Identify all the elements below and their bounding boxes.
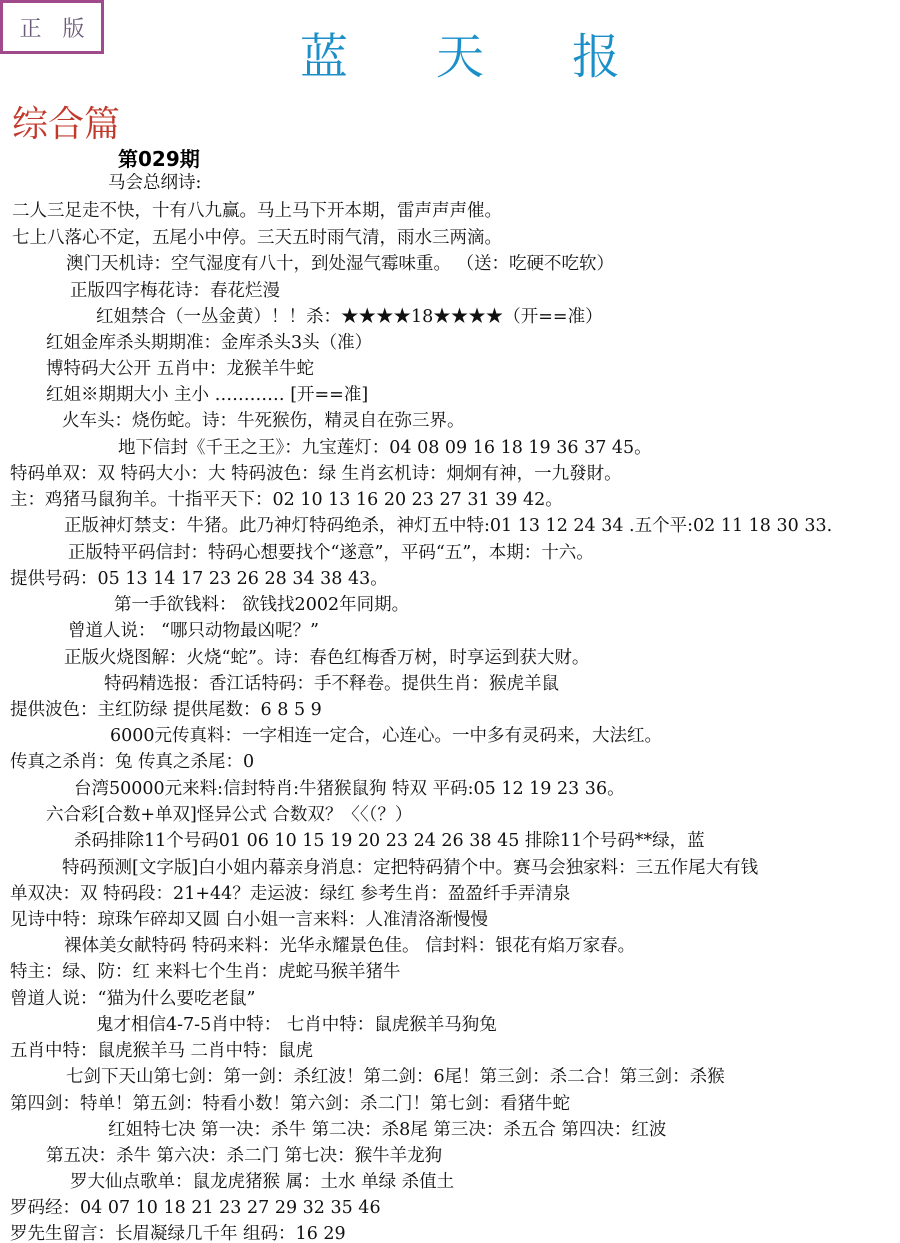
text-line: 特主：绿、防：红 来料七个生肖：虎蛇马猴羊猪牛 bbox=[10, 961, 401, 983]
text-line: 罗大仙点歌单：鼠龙虎猪猴 属：土水 单绿 杀值土 bbox=[70, 1171, 454, 1193]
text-line: 红姐特七决 第一决：杀牛 第二决：杀8尾 第三决：杀五合 第四决：红波 bbox=[108, 1119, 666, 1141]
text-line: 提供波色：主红防绿 提供尾数：6 8 5 9 bbox=[10, 699, 322, 721]
text-line: 博特码大公开 五肖中：龙猴羊牛蛇 bbox=[46, 358, 314, 380]
text-line: 地下信封《千王之王》：九宝莲灯：04 08 09 16 18 19 36 37 … bbox=[118, 437, 652, 459]
text-line: 6000元传真料：一字相连一定合，心连心。一中多有灵码来，大法红。 bbox=[110, 725, 662, 747]
text-line: 红姐※期期大小 主小 ………… [开==准] bbox=[46, 384, 368, 406]
text-line: 曾道人说：“猫为什么要吃老鼠” bbox=[10, 988, 255, 1010]
text-line: 正版四字梅花诗：春花烂漫 bbox=[70, 280, 280, 302]
text-line: 七上八落心不定，五尾小中停。三天五时雨气清，雨水三两滴。 bbox=[12, 227, 502, 249]
newspaper-title: 蓝 天 报 bbox=[300, 22, 620, 82]
text-line: 红姐禁合（一丛金黄）！！杀：★★★★18★★★★（开==准） bbox=[96, 306, 603, 328]
badge-char: 版 bbox=[62, 12, 84, 43]
text-line: 裸体美女献特码 特码来料：光华永耀景色佳。 信封料：银花有焰万家春。 bbox=[64, 935, 635, 957]
text-line: 曾道人说： “哪只动物最凶呢？” bbox=[68, 620, 319, 642]
title-char: 报 bbox=[572, 18, 620, 87]
text-line: 二人三足走不快，十有八九赢。马上马下开本期，雷声声声催。 bbox=[12, 200, 502, 222]
text-line: 马会总纲诗: bbox=[108, 172, 201, 194]
text-line: 第一手欲钱料： 欲钱找2002年同期。 bbox=[114, 594, 409, 616]
text-line: 杀码排除11个号码01 06 10 15 19 20 23 24 26 38 4… bbox=[74, 830, 705, 852]
text-line: 第五决：杀牛 第六决：杀二门 第七决：猴牛羊龙狗 bbox=[46, 1145, 442, 1167]
text-line: 见诗中特：琼珠乍碎却又圆 白小姐一言来料：人准清洛渐慢慢 bbox=[10, 909, 488, 931]
text-line: 正版火烧图解：火烧“蛇”。诗：春色红梅香万树，时享运到获大财。 bbox=[64, 647, 589, 669]
text-line: 特码精选报：香江话特码：手不释卷。提供生肖：猴虎羊鼠 bbox=[104, 673, 559, 695]
text-line: 红姐金库杀头期期准：金库杀头3头（准） bbox=[46, 332, 372, 354]
badge-char: 正 bbox=[19, 12, 41, 43]
issue-number: 第029期 bbox=[118, 143, 200, 172]
edition-badge: 正 版 bbox=[0, 0, 104, 54]
title-char: 蓝 bbox=[300, 18, 348, 87]
text-line: 澳门天机诗：空气湿度有八十，到处湿气霉味重。 （送：吃硬不吃软） bbox=[66, 253, 614, 275]
title-char: 天 bbox=[436, 18, 484, 87]
text-line: 提供号码：05 13 14 17 23 26 28 34 38 43。 bbox=[10, 568, 388, 590]
text-line: 鬼才相信4-7-5肖中特： 七肖中特：鼠虎猴羊马狗兔 bbox=[96, 1014, 497, 1036]
text-line: 主：鸡猪马鼠狗羊。十指平天下：02 10 13 16 20 23 27 31 3… bbox=[10, 489, 563, 511]
text-line: 七剑下天山第七剑：第一剑：杀红波！第二剑：6尾！第三剑：杀二合！第三剑：杀猴 bbox=[66, 1066, 725, 1088]
text-line: 五肖中特：鼠虎猴羊马 二肖中特：鼠虎 bbox=[10, 1040, 313, 1062]
text-line: 特码单双：双 特码大小：大 特码波色：绿 生肖玄机诗：炯炯有神，一九發財。 bbox=[10, 463, 622, 485]
text-line: 第四剑：特单！第五剑：特看小数！第六剑：杀二门！第七剑：看猪牛蛇 bbox=[10, 1093, 570, 1115]
text-line: 六合彩[合数+单双]怪异公式 合数双？〈〈（？） bbox=[46, 804, 412, 826]
section-heading: 综合篇 bbox=[12, 96, 120, 147]
text-line: 罗先生留言：长眉凝绿几千年 组码：16 29 bbox=[10, 1223, 346, 1243]
text-line: 台湾50000元来料:信封特肖:牛猪猴鼠狗 特双 平码:05 12 19 23 … bbox=[74, 778, 625, 800]
text-line: 罗码经：04 07 10 18 21 23 27 29 32 35 46 bbox=[10, 1197, 381, 1219]
text-line: 单双决：双 特码段：21+44？走运波：绿红 参考生肖：盈盈纤手弄清泉 bbox=[10, 883, 570, 905]
text-line: 正版特平码信封：特码心想要找个“遂意”，平码“五”，本期：十六。 bbox=[68, 542, 594, 564]
text-line: 正版神灯禁支：牛猪。此乃神灯特码绝杀，神灯五中特:01 13 12 24 34 … bbox=[64, 515, 832, 537]
text-line: 火车头：烧伤蛇。诗：牛死猴伤，精灵自在弥三界。 bbox=[62, 410, 465, 432]
text-line: 传真之杀肖：兔 传真之杀尾：0 bbox=[10, 751, 254, 773]
text-line: 特码预测[文字版]白小姐内幕亲身消息：定把特码猜个中。赛马会独家料：三五作尾大有… bbox=[62, 857, 758, 879]
